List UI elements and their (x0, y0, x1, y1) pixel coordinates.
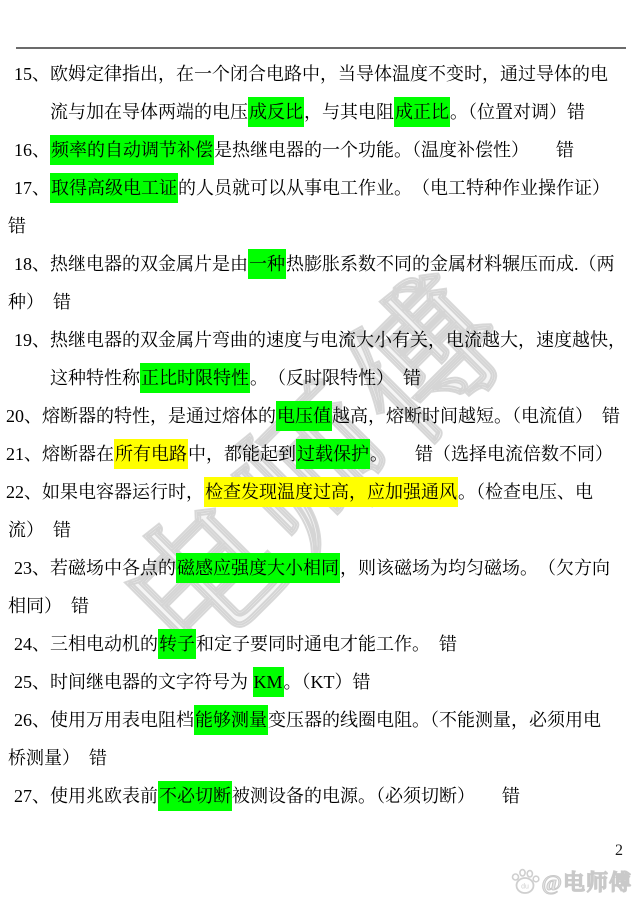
text-segment: 24、三相电动机的 (14, 634, 158, 654)
text-segment: 19、热继电器的双金属片弯曲的速度与电流大小有关，电流越大，速度越快， (14, 330, 626, 350)
text-segment: 这种特性称 (50, 368, 140, 388)
highlight-green: KM (253, 667, 284, 697)
text-segment: 26、使用万用表电阻档 (14, 710, 194, 730)
document-page: { "page": { "number": "2" }, "colors": {… (0, 0, 640, 909)
text-segment: 的人员就可以从事电工作业。 （电工特种作业操作证） (178, 178, 610, 198)
text-segment: 流） 错 (8, 520, 71, 540)
text-segment: 27、使用兆欧表前 (14, 786, 158, 806)
doc-line: 16、频率的自动调节补偿是热继电器的一个功能。（温度补偿性） 错 (0, 131, 640, 169)
text-segment: 。（检查电压、电 (458, 482, 593, 502)
doc-line: 20、熔断器的特性，是通过熔体的电压值越高，熔断时间越短。（电流值） 错 (0, 397, 640, 435)
text-segment: 17、 (14, 178, 50, 198)
highlight-green: 频率的自动调节补偿 (50, 135, 214, 165)
text-segment: 23、若磁场中各点的 (14, 558, 176, 578)
page-number: 2 (615, 842, 623, 860)
text-segment: ，则该磁场为均匀磁场。 （欠方向 (340, 558, 610, 578)
text-segment: 和定子要同时通电才能工作。 错 (196, 634, 457, 654)
text-segment: 越高，熔断时间越短。（电流值） 错 (332, 406, 620, 426)
highlight-green: 磁感应强度大小相同 (176, 553, 340, 583)
doc-line: 这种特性称正比时限特性。 （反时限特性） 错 (0, 359, 640, 397)
text-segment: 16、 (14, 140, 50, 160)
text-segment: 21、熔断器在 (6, 444, 114, 464)
highlight-green: 成正比 (394, 97, 450, 127)
doc-line: 19、热继电器的双金属片弯曲的速度与电流大小有关，电流越大，速度越快， (0, 321, 640, 359)
header-rule (16, 47, 626, 49)
text-segment: 25、时间继电器的文字符号为 (14, 672, 253, 692)
highlight-green: 成反比 (248, 97, 304, 127)
highlight-green: 电压值 (276, 401, 332, 431)
doc-line: 流） 错 (0, 511, 640, 549)
text-segment: 种） 错 (8, 292, 71, 312)
svg-text:du: du (521, 884, 529, 891)
doc-line: 相同） 错 (0, 587, 640, 625)
watermark-corner: du @电师傅 (510, 866, 632, 897)
text-segment: 18、热继电器的双金属片是由 (14, 254, 248, 274)
doc-line: 种） 错 (0, 283, 640, 321)
text-segment: 被测设备的电源。（必须切断） 错 (232, 786, 520, 806)
doc-line: 23、若磁场中各点的磁感应强度大小相同，则该磁场为均匀磁场。 （欠方向 (0, 549, 640, 587)
baidu-paw-icon: du (510, 868, 540, 895)
text-segment: 15、欧姆定律指出，在一个闭合电路中，当导体温度不变时，通过导体的电 (14, 64, 608, 84)
highlight-green: 能够测量 (194, 705, 268, 735)
doc-line: 桥测量） 错 (0, 739, 640, 777)
highlight-green: 不必切断 (158, 781, 232, 811)
text-segment: 。 错（选择电流倍数不同） (370, 444, 613, 464)
highlight-yellow: 检查发现温度过高，应加强通风 (204, 477, 458, 507)
text-segment: 22、如果电容器运行时， (6, 482, 204, 502)
doc-line: 21、熔断器在所有电路中，都能起到过载保护。 错（选择电流倍数不同） (0, 435, 640, 473)
doc-line: 24、三相电动机的转子和定子要同时通电才能工作。 错 (0, 625, 640, 663)
text-segment: 。 （反时限特性） 错 (250, 368, 421, 388)
doc-line: 22、如果电容器运行时，检查发现温度过高，应加强通风。（检查电压、电 (0, 473, 640, 511)
text-segment: 变压器的线圈电阻。（不能测量，必须用电 (268, 710, 601, 730)
text-segment: 桥测量） 错 (8, 748, 107, 768)
text-segment: ，与其电阻 (304, 102, 394, 122)
highlight-green: 一种 (248, 249, 286, 279)
highlight-green: 转子 (158, 629, 196, 659)
highlight-green: 取得高级电工证 (50, 173, 178, 203)
text-segment: 是热继电器的一个功能。（温度补偿性） 错 (214, 140, 574, 160)
text-segment: 相同） 错 (8, 596, 89, 616)
highlight-green: 过载保护 (296, 439, 370, 469)
text-segment: 。（KT）错 (284, 672, 371, 692)
doc-line: 27、使用兆欧表前不必切断被测设备的电源。（必须切断） 错 (0, 777, 640, 815)
doc-line: 错 (0, 207, 640, 245)
text-segment: 20、熔断器的特性，是通过熔体的 (6, 406, 276, 426)
doc-line: 25、时间继电器的文字符号为 KM。（KT）错 (0, 663, 640, 701)
doc-line: 26、使用万用表电阻档能够测量变压器的线圈电阻。（不能测量，必须用电 (0, 701, 640, 739)
highlight-green: 正比时限特性 (140, 363, 250, 393)
doc-line: 17、取得高级电工证的人员就可以从事电工作业。 （电工特种作业操作证） (0, 169, 640, 207)
text-segment: 中，都能起到 (188, 444, 296, 464)
text-segment: 。（位置对调）错 (450, 102, 585, 122)
highlight-yellow: 所有电路 (114, 439, 188, 469)
doc-line: 15、欧姆定律指出，在一个闭合电路中，当导体温度不变时，通过导体的电 (0, 55, 640, 93)
doc-line: 18、热继电器的双金属片是由一种热膨胀系数不同的金属材料辗压而成.（两 (0, 245, 640, 283)
text-segment: 流与加在导体两端的电压 (50, 102, 248, 122)
text-segment: 错 (8, 216, 26, 236)
watermark-corner-label: @电师傅 (542, 866, 632, 897)
text-segment: 热膨胀系数不同的金属材料辗压而成.（两 (286, 254, 615, 274)
doc-line: 流与加在导体两端的电压成反比，与其电阻成正比。（位置对调）错 (0, 93, 640, 131)
document-lines: 15、欧姆定律指出，在一个闭合电路中，当导体温度不变时，通过导体的电流与加在导体… (0, 55, 640, 815)
